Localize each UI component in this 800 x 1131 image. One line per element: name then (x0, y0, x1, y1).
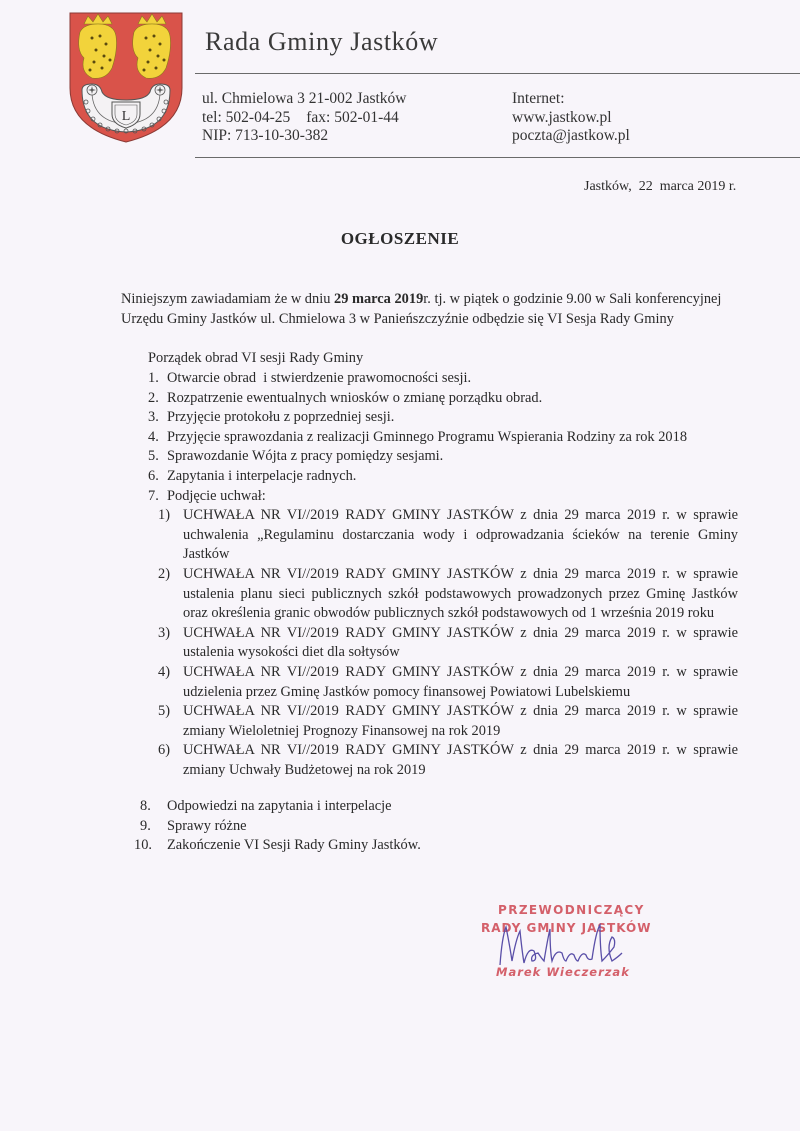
resolution-item: 5)UCHWAŁA NR VI//2019 RADY GMINY JASTKÓW… (158, 702, 748, 741)
chairman-name: Marek Wieczerzak (496, 965, 630, 979)
resolution-item: 4)UCHWAŁA NR VI//2019 RADY GMINY JASTKÓW… (158, 663, 748, 702)
agenda-heading: Porządek obrad VI sesji Rady Gminy (148, 350, 363, 367)
internet-label: Internet: (512, 90, 630, 109)
resolution-item: 6)UCHWAŁA NR VI//2019 RADY GMINY JASTKÓW… (158, 741, 748, 780)
announcement-paragraph: Niniejszym zawiadamiam że w dniu 29 marc… (121, 290, 761, 329)
session-date: 29 marca 2019 (334, 291, 423, 307)
website-link[interactable]: www.jastkow.pl (512, 109, 630, 128)
header-divider-bottom (195, 157, 800, 158)
intro-text: Niniejszym zawiadamiam że w dniu (121, 291, 334, 307)
email-link[interactable]: poczta@jastkow.pl (512, 127, 630, 146)
agenda-list: 1.Otwarcie obrad i stwierdzenie prawomoc… (148, 369, 748, 780)
organization-title: Rada Gminy Jastków (205, 27, 438, 57)
agenda-list-continued: 8.Odpowiedzi na zapytania i interpelacje… (134, 797, 734, 856)
stamp-title: PRZEWODNICZĄCY (498, 903, 645, 917)
agenda-item: 9.Sprawy różne (134, 817, 734, 837)
document-date: Jastków, 22 marca 2019 r. (584, 179, 736, 195)
nip-line: NIP: 713-10-30-382 (202, 127, 407, 146)
agenda-item: 8.Odpowiedzi na zapytania i interpelacje (134, 797, 734, 817)
coat-of-arms-icon: L (66, 10, 186, 145)
resolution-item: 2)UCHWAŁA NR VI//2019 RADY GMINY JASTKÓW… (158, 565, 748, 624)
phone: tel: 502-04-25 (202, 109, 290, 126)
address-block: ul. Chmielowa 3 21-002 Jastków tel: 502-… (202, 90, 407, 146)
agenda-item: 10.Zakończenie VI Sesji Rady Gminy Jastk… (134, 836, 734, 856)
header-divider-top (195, 73, 800, 74)
resolution-item: 1)UCHWAŁA NR VI//2019 RADY GMINY JASTKÓW… (158, 506, 748, 565)
agenda-item: 7.Podjęcie uchwał: (148, 487, 748, 507)
agenda-item: 2.Rozpatrzenie ewentualnych wniosków o z… (148, 389, 748, 409)
resolutions-list: 1)UCHWAŁA NR VI//2019 RADY GMINY JASTKÓW… (158, 506, 748, 780)
agenda-item: 4.Przyjęcie sprawozdania z realizacji Gm… (148, 428, 748, 448)
phone-fax-line: tel: 502-04-25fax: 502-01-44 (202, 109, 407, 128)
fax: fax: 502-01-44 (306, 109, 399, 126)
agenda-item: 5.Sprawozdanie Wójta z pracy pomiędzy se… (148, 447, 748, 467)
signature-stamp: PRZEWODNICZĄCY RADY GMINY JASTKÓW Marek … (478, 903, 668, 988)
address-line: ul. Chmielowa 3 21-002 Jastków (202, 90, 407, 109)
svg-text:L: L (122, 109, 131, 124)
agenda-item: 1.Otwarcie obrad i stwierdzenie prawomoc… (148, 369, 748, 389)
agenda-item: 6.Zapytania i interpelacje radnych. (148, 467, 748, 487)
document-title: OGŁOSZENIE (0, 229, 800, 249)
resolution-item: 3)UCHWAŁA NR VI//2019 RADY GMINY JASTKÓW… (158, 624, 748, 663)
agenda-item: 3.Przyjęcie protokołu z poprzedniej sesj… (148, 408, 748, 428)
internet-block: Internet: www.jastkow.pl poczta@jastkow.… (512, 90, 630, 146)
